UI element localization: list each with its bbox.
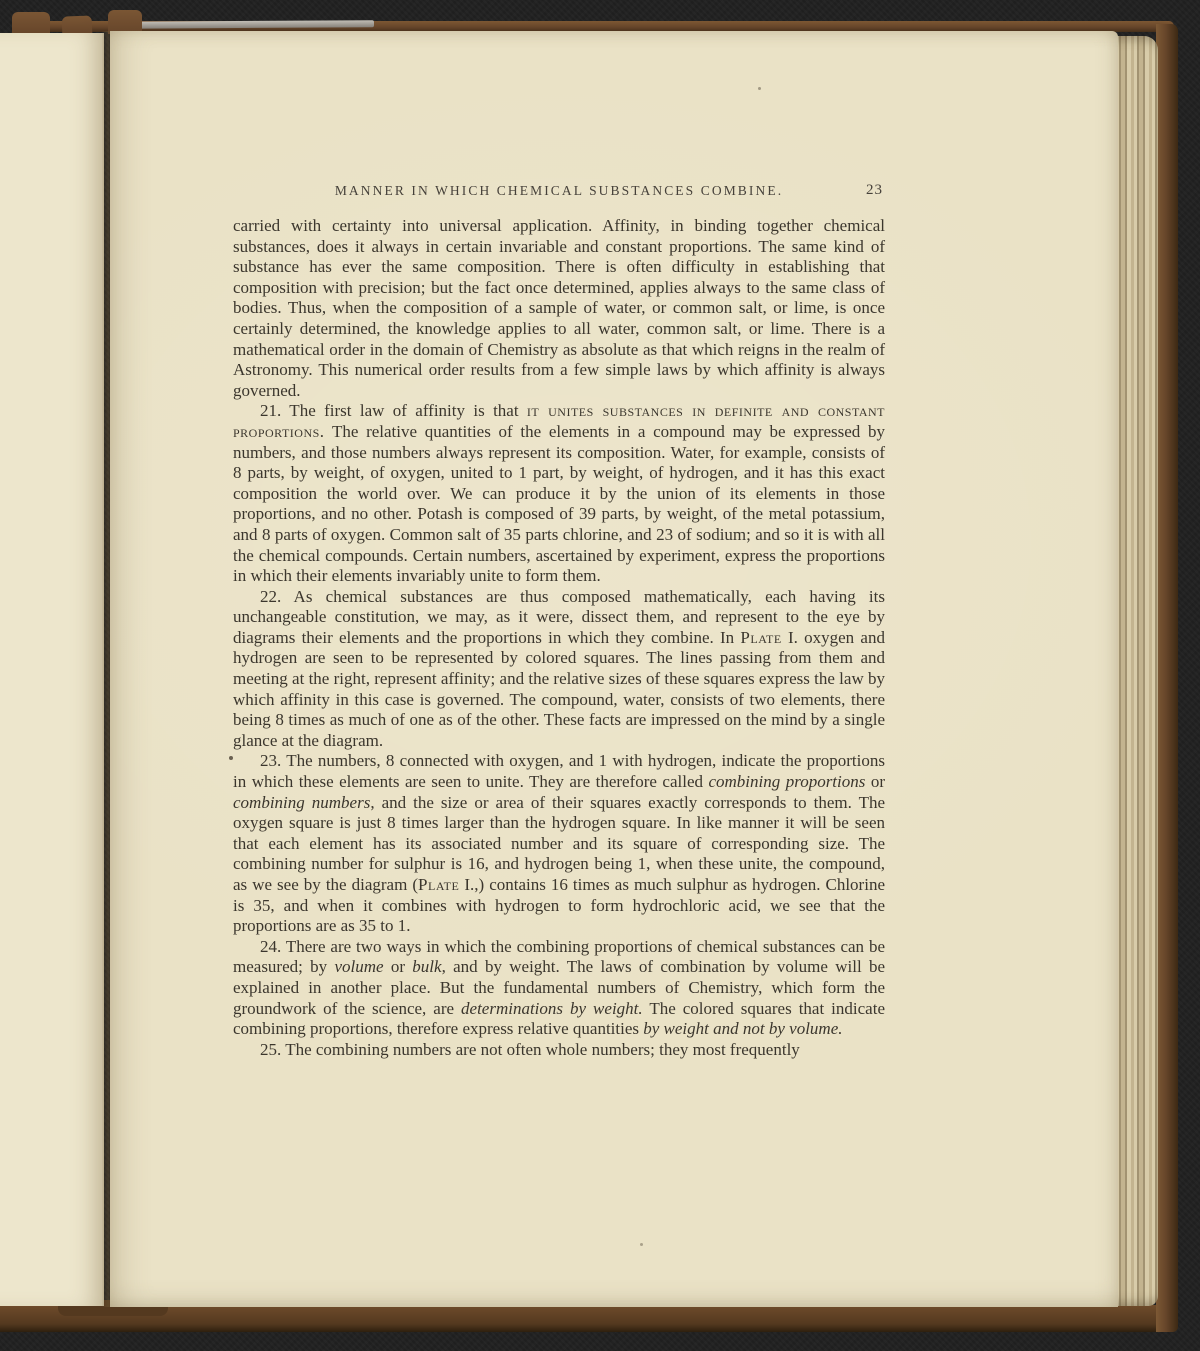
page-title: MANNER IN WHICH CHEMICAL SUBSTANCES COMB… xyxy=(335,183,783,199)
paragraph: 25. The combining numbers are not often … xyxy=(233,1040,885,1061)
text-run: by weight and not by volume. xyxy=(643,1019,842,1038)
text-run: determinations by weight. xyxy=(461,999,643,1018)
paragraph: 21. The first law of affinity is that it… xyxy=(233,401,885,586)
text-run: Plate xyxy=(740,628,781,647)
page-number: 23 xyxy=(866,182,883,199)
text-run: 21. The first law of affinity is that xyxy=(260,401,527,420)
facing-page xyxy=(0,33,104,1306)
text-run: Plate xyxy=(418,875,459,894)
text-run: volume xyxy=(334,957,383,976)
ink-speck xyxy=(229,756,233,760)
text-run: 25. The combining numbers are not often … xyxy=(260,1040,800,1059)
text-run: or xyxy=(384,957,413,976)
ink-speck xyxy=(758,87,761,90)
text-run: combining proportions xyxy=(708,772,865,791)
photo-background: MANNER IN WHICH CHEMICAL SUBSTANCES COMB… xyxy=(0,0,1200,1351)
spine-headband xyxy=(12,12,50,34)
ink-speck xyxy=(640,1243,643,1246)
page-edges-stack xyxy=(1116,36,1158,1306)
text-run: carried with certainty into universal ap… xyxy=(233,216,885,400)
body-text: carried with certainty into universal ap… xyxy=(233,216,885,1060)
paragraph: 23. The numbers, 8 connected with oxygen… xyxy=(233,751,885,936)
text-run: or xyxy=(865,772,885,791)
book-cover-bottom-edge xyxy=(0,1305,1172,1332)
paragraph: 24. There are two ways in which the comb… xyxy=(233,937,885,1040)
running-header: MANNER IN WHICH CHEMICAL SUBSTANCES COMB… xyxy=(233,183,885,203)
text-run: The relative quantities of the elements … xyxy=(233,422,885,585)
paragraph: 22. As chemical substances are thus comp… xyxy=(233,587,885,752)
text-run: combining numbers xyxy=(233,793,370,812)
text-run: bulk xyxy=(412,957,441,976)
paragraph: carried with certainty into universal ap… xyxy=(233,216,885,401)
book-cover-right-edge xyxy=(1156,24,1178,1332)
spine-headband xyxy=(62,15,93,34)
